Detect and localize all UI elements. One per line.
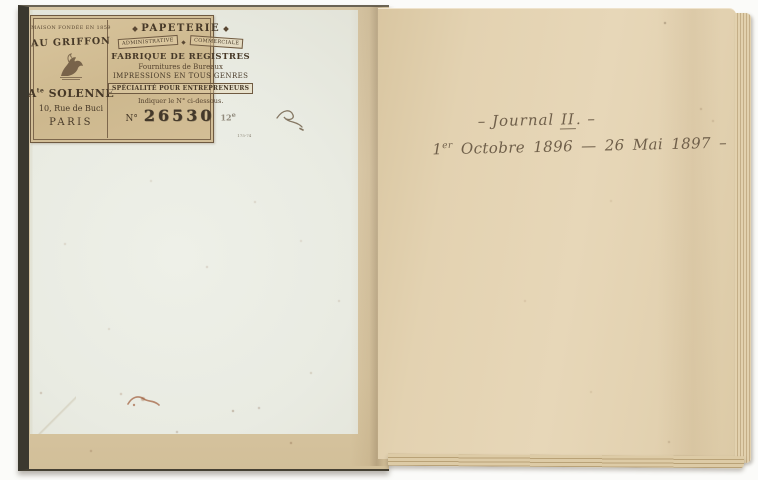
- title-suffix: . –: [576, 110, 596, 128]
- size-mark-superscript: e: [232, 111, 236, 119]
- title-prefix: – Journal: [478, 110, 561, 130]
- label-founded-text: MAISON FONDÉE EN 1859: [31, 25, 111, 31]
- label-title: PAPETERIE: [141, 23, 220, 34]
- proprietor-superscript: te: [37, 87, 45, 94]
- foxing-spots: [0, 0, 2, 2]
- date-day: 1: [432, 140, 442, 158]
- rust-stain-mark: [126, 394, 162, 410]
- decorative-diamond-icon: [182, 40, 186, 44]
- label-left-column: MAISON FONDÉE EN 1859 AU GRIFFON Ate SOL…: [35, 20, 108, 138]
- number-prefix: N°: [125, 114, 137, 124]
- proprietor-initial: A: [28, 87, 37, 100]
- ribbon-administrative: ADMINISTRATIVE: [117, 35, 177, 49]
- label-proprietor: Ate SOLENNE: [28, 87, 115, 100]
- label-right-column: PAPETERIE ADMINISTRATIVE COMMERCIALE FAB…: [108, 20, 253, 138]
- proprietor-name: SOLENNE: [49, 87, 115, 100]
- label-business-line2: Fournitures de Bureaux: [138, 63, 223, 71]
- stationer-label: MAISON FONDÉE EN 1859 AU GRIFFON Ate SOL…: [30, 15, 214, 143]
- label-specialty-box: SPÉCIALITÉ POUR ENTREPRENEURS: [108, 83, 253, 94]
- right-flyleaf-page: [378, 8, 736, 459]
- ink-squiggle-mark: [274, 106, 306, 132]
- label-business-line1: FABRIQUE DE REGISTRES: [111, 52, 250, 62]
- label-ribbon-row: ADMINISTRATIVE COMMERCIALE: [118, 37, 244, 47]
- label-business-line3: IMPRESSIONS EN TOUS GENRES: [113, 72, 248, 80]
- handwritten-inscription: – Journal II. – 1er Octobre 1896 — 26 Ma…: [432, 107, 733, 159]
- date-day-superscript: er: [442, 141, 453, 151]
- label-number-note: Indiquer le N° ci-dessous.: [138, 97, 223, 105]
- label-shop-name: AU GRIFFON: [31, 36, 111, 50]
- ribbon-commerciale: COMMERCIALE: [190, 35, 244, 49]
- journal-roman-numeral: II: [560, 110, 576, 129]
- label-address: 10, Rue de Buci: [39, 104, 103, 113]
- label-number-row: N° 26530 12e: [125, 106, 235, 125]
- page-edges-right: [735, 13, 751, 463]
- griffon-icon: [54, 50, 88, 86]
- size-mark: 12e: [220, 111, 235, 123]
- stamped-register-number: 26530: [144, 106, 215, 125]
- label-city: PARIS: [49, 117, 93, 128]
- scanned-journal-photo: MAISON FONDÉE EN 1859 AU GRIFFON Ate SOL…: [0, 0, 758, 480]
- corner-fold-crease: [30, 388, 76, 434]
- decorative-diamond-icon: [132, 26, 138, 32]
- page-edges-bottom: [388, 454, 744, 468]
- size-mark-number: 12: [220, 113, 231, 123]
- decorative-diamond-icon: [223, 26, 229, 32]
- label-title-row: PAPETERIE: [133, 23, 228, 34]
- printer-reference: 175-74: [237, 133, 251, 138]
